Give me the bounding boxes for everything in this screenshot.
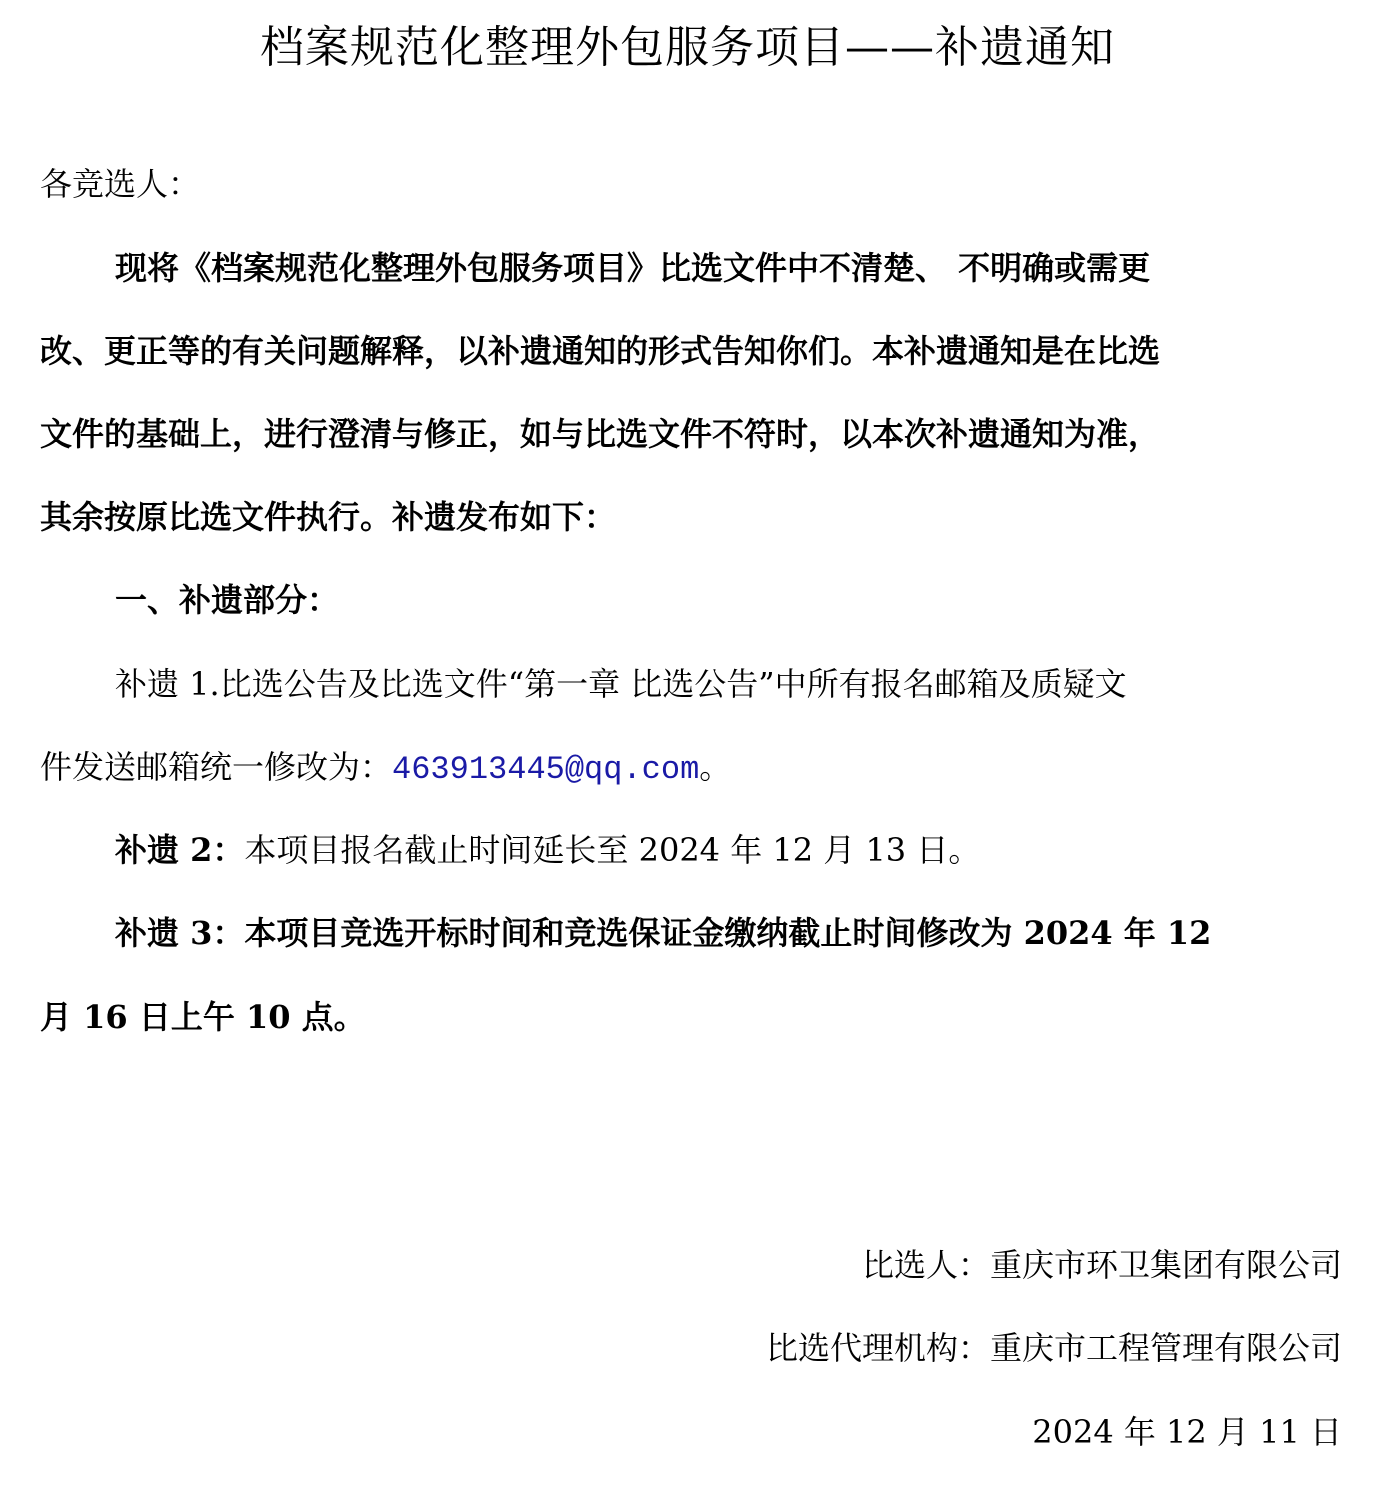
addendum-2: 补遗 2：本项目报名截止时间延长至 2024 年 12 月 13 日。	[115, 828, 980, 872]
signature-agency: 比选代理机构：重庆市工程管理有限公司	[766, 1326, 1342, 1370]
section-heading: 一、补遗部分：	[115, 578, 339, 622]
document-page: 档案规范化整理外包服务项目——补遗通知 各竞选人： 现将《档案规范化整理外包服务…	[0, 0, 1375, 1493]
addendum-3-label: 补遗 3：	[115, 914, 244, 952]
intro-line-3: 文件的基础上，进行澄清与修正，如与比选文件不符时，以本次补遗通知为准，	[40, 412, 1160, 456]
document-title: 档案规范化整理外包服务项目——补遗通知	[0, 20, 1375, 76]
addendum-1-suffix: 。	[699, 748, 731, 786]
signature-date: 2024 年 12 月 11 日	[1032, 1410, 1342, 1454]
addendum-2-text: 本项目报名截止时间延长至 2024 年 12 月 13 日。	[244, 831, 980, 869]
intro-line-2: 改、更正等的有关问题解释，以补遗通知的形式告知你们。本补遗通知是在比选	[40, 329, 1160, 373]
salutation: 各竞选人：	[40, 162, 200, 206]
intro-line-4: 其余按原比选文件执行。补遗发布如下：	[40, 495, 616, 539]
signature-selector: 比选人：重庆市环卫集团有限公司	[862, 1243, 1342, 1287]
email-link[interactable]: 463913445@qq.com	[392, 751, 699, 788]
addendum-1-prefix: 件发送邮箱统一修改为：	[40, 748, 392, 786]
addendum-3-text: 本项目竞选开标时间和竞选保证金缴纳截止时间修改为 2024 年 12	[244, 914, 1211, 952]
addendum-1-line-2: 件发送邮箱统一修改为：463913445@qq.com。	[40, 745, 731, 792]
intro-line-1: 现将《档案规范化整理外包服务项目》比选文件中不清楚、 不明确或需更	[115, 246, 1150, 290]
addendum-3-line-2: 月 16 日上午 10 点。	[40, 995, 366, 1039]
addendum-1-line-1: 补遗 1.比选公告及比选文件“第一章 比选公告”中所有报名邮箱及质疑文	[115, 662, 1127, 706]
addendum-3-line-1: 补遗 3：本项目竞选开标时间和竞选保证金缴纳截止时间修改为 2024 年 12	[115, 911, 1211, 955]
addendum-2-label: 补遗 2：	[115, 831, 244, 869]
